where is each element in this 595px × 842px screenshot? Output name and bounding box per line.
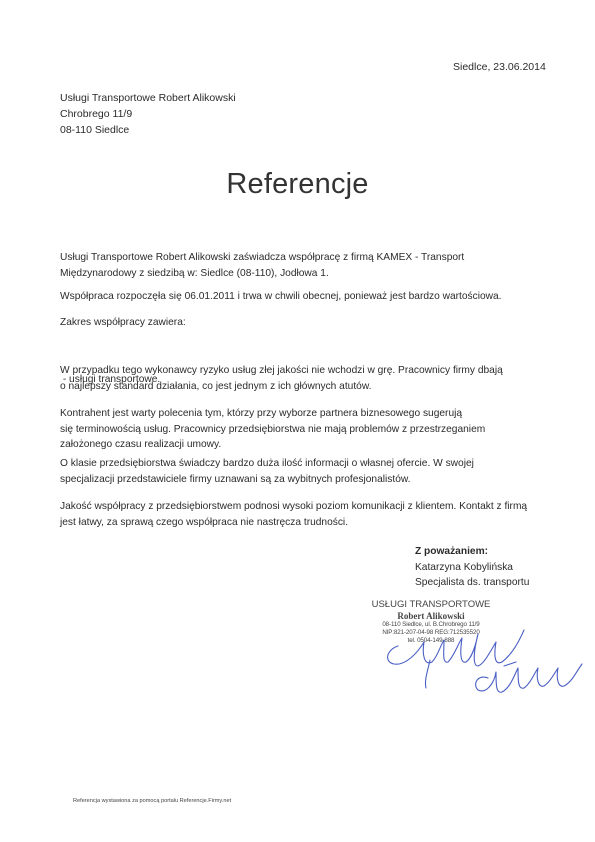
sender-name: Usługi Transportowe Robert Alikowski [60,90,236,106]
sender-street: Chrobrego 11/9 [60,106,236,122]
signer-position: Specjalista ds. transportu [415,575,529,591]
handwritten-signature [378,622,588,712]
place-date: Siedlce, 23.06.2014 [453,61,546,73]
document-title: Referencje [0,168,595,201]
paragraph-recommendation: Kontrahent jest warty polecenia tym, któ… [60,406,540,453]
sender-city: 08-110 Siedlce [60,122,236,138]
text-line: Zakres współpracy zawiera: [60,315,540,331]
paragraph-class: O klasie przedsiębiorstwa świadczy bardz… [60,456,540,487]
sender-address: Usługi Transportowe Robert Alikowski Chr… [60,90,236,138]
paragraph-communication: Jakość współpracy z przedsiębiorstwem po… [60,499,560,530]
paragraph-quality: W przypadku tego wykonawcy ryzyko usług … [60,363,540,394]
stamp-line-2: Robert Alikowski [366,611,496,622]
closing-greeting: Z poważaniem: [415,544,529,560]
signer-name: Katarzyna Kobylińska [415,560,529,576]
text-line: Współpraca rozpoczęła się 06.01.2011 i t… [60,289,540,305]
text-line: Kontrahent jest warty polecenia tym, któ… [60,406,540,422]
portal-footer: Referencja wystawiona za pomocą portalu … [73,798,231,804]
paragraph-intro: Usługi Transportowe Robert Alikowski zaś… [60,250,540,281]
text-line: W przypadku tego wykonawcy ryzyko usług … [60,363,540,379]
text-line: o najlepszy standard działania, co jest … [60,379,540,395]
text-line: Międzynarodowy z siedzibą w: Siedlce (08… [60,266,540,282]
text-line: Jakość współpracy z przedsiębiorstwem po… [60,499,560,515]
text-line: się terminowością usług. Pracownicy prze… [60,422,540,438]
text-line: założonego czasu realizacji umowy. [60,437,540,453]
text-line: Usługi Transportowe Robert Alikowski zaś… [60,250,540,266]
text-line: specjalizacji przedstawiciele firmy uzna… [60,472,540,488]
stamp-line-1: USŁUGI TRANSPORTOWE [366,600,496,611]
paragraph-scope-heading: Zakres współpracy zawiera: [60,315,540,331]
closing-block: Z poważaniem: Katarzyna Kobylińska Specj… [415,544,529,591]
text-line: O klasie przedsiębiorstwa świadczy bardz… [60,456,540,472]
paragraph-start: Współpraca rozpoczęła się 06.01.2011 i t… [60,289,540,305]
text-line: jest łatwy, za sprawą czego współpraca n… [60,515,560,531]
